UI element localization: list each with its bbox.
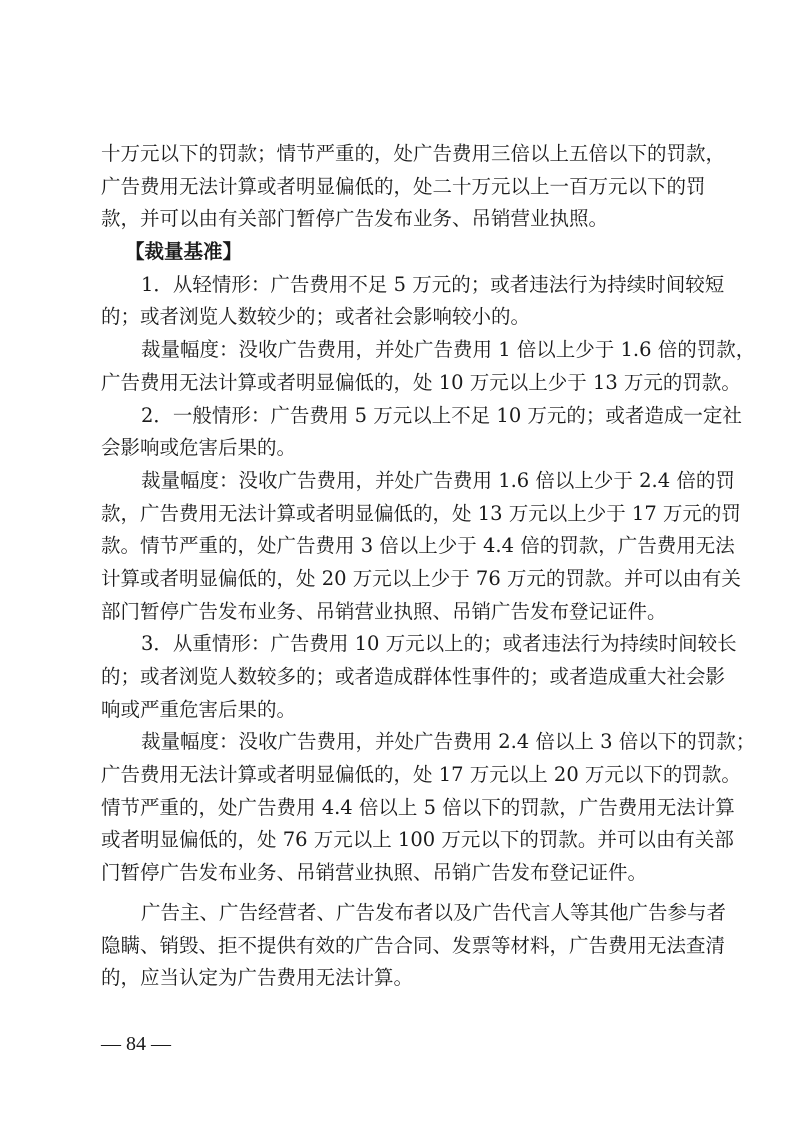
paragraph-heavy-case: 3．从重情形：广告费用 10 万元以上的；或者违法行为持续时间较长 的；或者浏览… <box>101 628 693 726</box>
text-line: 的；或者浏览人数较少的；或者社会影响较小的。 <box>101 301 693 334</box>
text-line: 裁量幅度：没收广告费用，并处广告费用 1 倍以上少于 1.6 倍的罚款， <box>101 334 693 367</box>
text-line: 广告费用无法计算或者明显偏低的，处 17 万元以上 20 万元以下的罚款。 <box>101 759 693 792</box>
paragraph-heavy-range: 裁量幅度：没收广告费用，并处广告费用 2.4 倍以上 3 倍以下的罚款； 广告费… <box>101 726 693 889</box>
section-heading: 【裁量基准】 <box>101 236 693 269</box>
text-line: 情节严重的，处广告费用 4.4 倍以上 5 倍以下的罚款，广告费用无法计算 <box>101 792 693 825</box>
text-line: 的；或者浏览人数较多的；或者造成群体性事件的；或者造成重大社会影 <box>101 661 693 694</box>
text-line: 裁量幅度：没收广告费用，并处广告费用 1.6 倍以上少于 2.4 倍的罚 <box>101 465 693 498</box>
text-line: 款。情节严重的，处广告费用 3 倍以上少于 4.4 倍的罚款，广告费用无法 <box>101 530 693 563</box>
text-line: 款，并可以由有关部门暂停广告发布业务、吊销营业执照。 <box>101 203 693 236</box>
text-line: 或者明显偏低的，处 76 万元以上 100 万元以下的罚款。并可以由有关部 <box>101 824 693 857</box>
text-line: 响或严重危害后果的。 <box>101 694 693 727</box>
document-body: 十万元以下的罚款；情节严重的，处广告费用三倍以上五倍以下的罚款， 广告费用无法计… <box>101 138 693 995</box>
paragraph-gap <box>101 890 693 897</box>
paragraph-general-case: 2．一般情形：广告费用 5 万元以上不足 10 万元的；或者造成一定社 会影响或… <box>101 400 693 465</box>
paragraph-light-range: 裁量幅度：没收广告费用，并处广告费用 1 倍以上少于 1.6 倍的罚款， 广告费… <box>101 334 693 399</box>
paragraph-general-range: 裁量幅度：没收广告费用，并处广告费用 1.6 倍以上少于 2.4 倍的罚 款，广… <box>101 465 693 628</box>
text-line: 2．一般情形：广告费用 5 万元以上不足 10 万元的；或者造成一定社 <box>101 400 693 433</box>
text-line: 广告费用无法计算或者明显偏低的，处 10 万元以上少于 13 万元的罚款。 <box>101 367 693 400</box>
paragraph-note: 广告主、广告经营者、广告发布者以及广告代言人等其他广告参与者 隐瞒、销毁、拒不提… <box>101 897 693 995</box>
text-line: 的，应当认定为广告费用无法计算。 <box>101 962 693 995</box>
text-line: 1．从轻情形：广告费用不足 5 万元的；或者违法行为持续时间较短 <box>101 269 693 302</box>
text-line: 3．从重情形：广告费用 10 万元以上的；或者违法行为持续时间较长 <box>101 628 693 661</box>
text-line: 部门暂停广告发布业务、吊销营业执照、吊销广告发布登记证件。 <box>101 596 693 629</box>
text-line: 广告主、广告经营者、广告发布者以及广告代言人等其他广告参与者 <box>101 897 693 930</box>
text-line: 十万元以下的罚款；情节严重的，处广告费用三倍以上五倍以下的罚款， <box>101 138 693 171</box>
text-line: 会影响或危害后果的。 <box>101 432 693 465</box>
text-line: 计算或者明显偏低的，处 20 万元以上少于 76 万元的罚款。并可以由有关 <box>101 563 693 596</box>
paragraph-light-case: 1．从轻情形：广告费用不足 5 万元的；或者违法行为持续时间较短 的；或者浏览人… <box>101 269 693 334</box>
paragraph-intro: 十万元以下的罚款；情节严重的，处广告费用三倍以上五倍以下的罚款， 广告费用无法计… <box>101 138 693 236</box>
text-line: 门暂停广告发布业务、吊销营业执照、吊销广告发布登记证件。 <box>101 857 693 890</box>
text-line: 广告费用无法计算或者明显偏低的，处二十万元以上一百万元以下的罚 <box>101 171 693 204</box>
text-line: 隐瞒、销毁、拒不提供有效的广告合同、发票等材料，广告费用无法查清 <box>101 930 693 963</box>
text-line: 款，广告费用无法计算或者明显偏低的，处 13 万元以上少于 17 万元的罚 <box>101 498 693 531</box>
text-line: 裁量幅度：没收广告费用，并处广告费用 2.4 倍以上 3 倍以下的罚款； <box>101 726 693 759</box>
page-number: — 84 — <box>101 1033 171 1056</box>
